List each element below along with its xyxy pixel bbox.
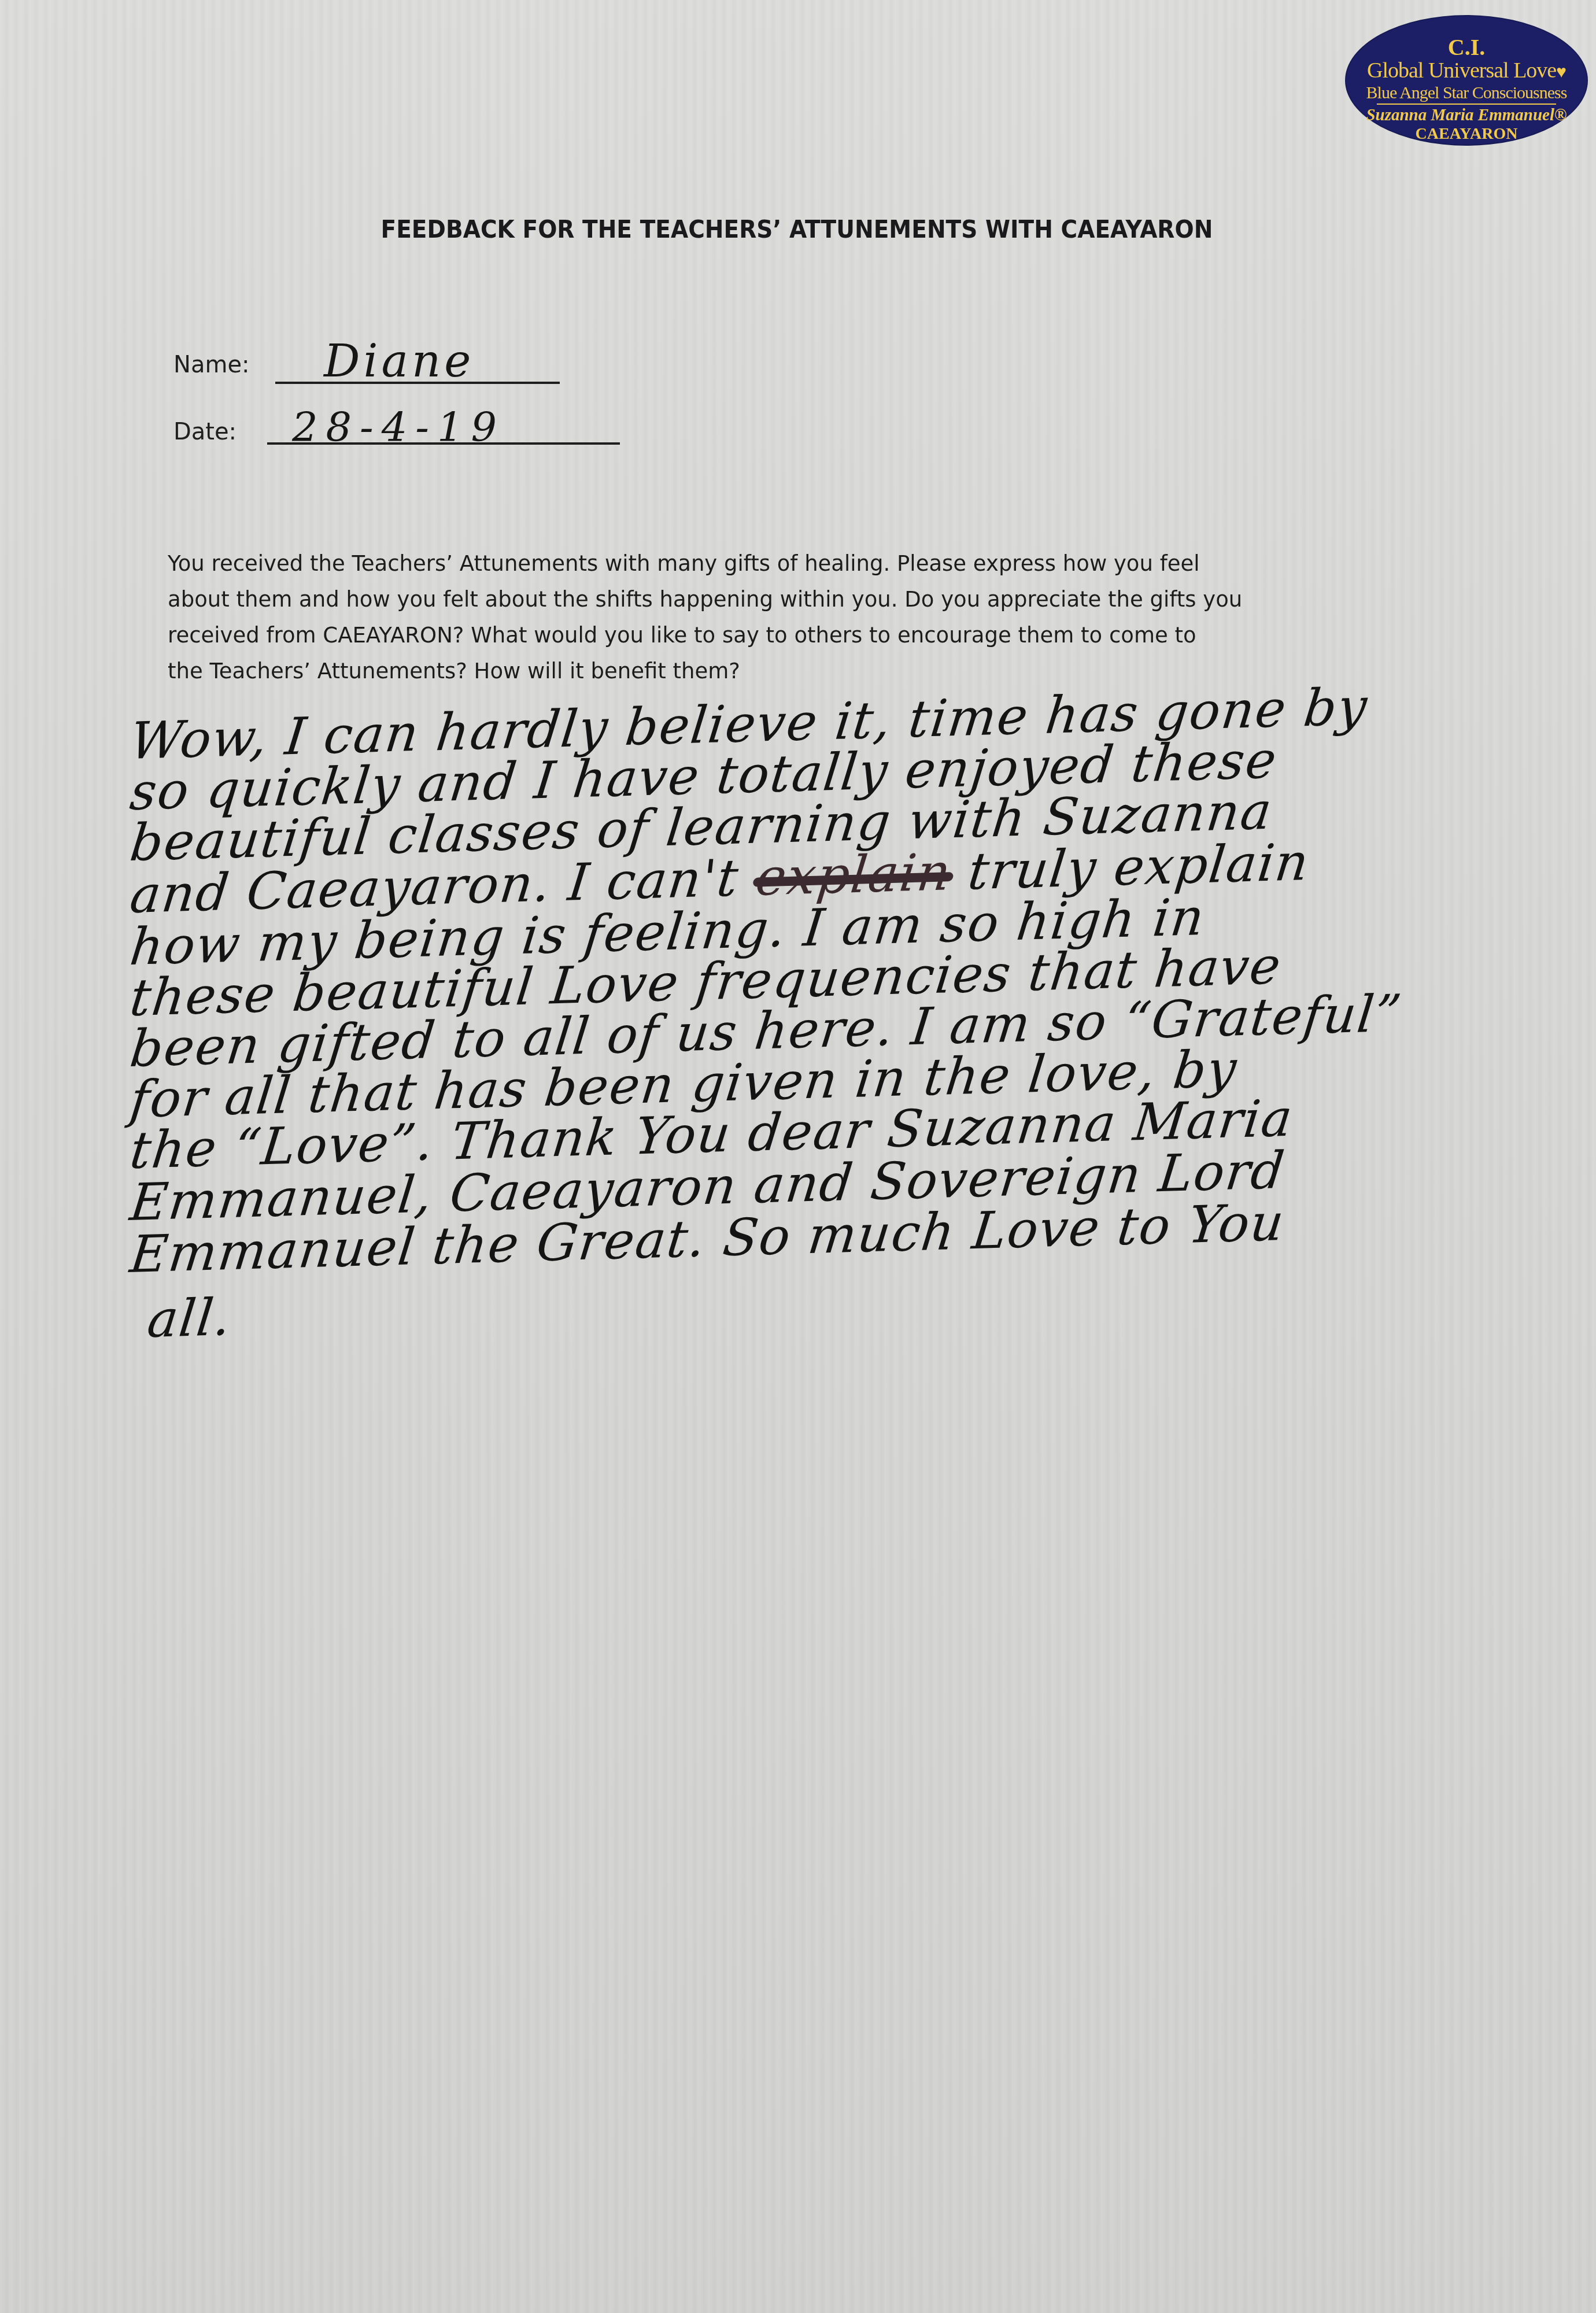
instructions-paragraph: You received the Teachers’ Attunements w…: [168, 546, 1428, 689]
logo-caeayaron: CAEAYARON: [1346, 124, 1587, 144]
instructions-line: received from CAEAYARON? What would you …: [168, 618, 1428, 653]
date-label: Date:: [173, 419, 237, 445]
heart-icon: ♥: [1556, 62, 1566, 82]
organization-logo: C.I. Global Universal Love♥ Blue Angel S…: [1346, 16, 1587, 145]
form-title: FEEDBACK FOR THE TEACHERS’ ATTUNEMENTS W…: [55, 215, 1539, 243]
name-underline: [275, 382, 560, 384]
instructions-line: You received the Teachers’ Attunements w…: [168, 546, 1428, 582]
answer-line: all.: [145, 1287, 235, 1349]
logo-tagline: Blue Angel Star Consciousness: [1346, 84, 1587, 102]
instructions-line: about them and how you felt about the sh…: [168, 582, 1428, 618]
logo-divider: [1377, 104, 1556, 105]
logo-name: Global Universal Love♥: [1346, 59, 1587, 84]
logo-author: Suzanna Maria Emmanuel®: [1346, 106, 1587, 124]
logo-initials: C.I.: [1346, 36, 1587, 59]
name-label: Name:: [173, 352, 249, 378]
date-underline: [267, 442, 620, 445]
name-value[interactable]: Diane: [324, 335, 474, 387]
